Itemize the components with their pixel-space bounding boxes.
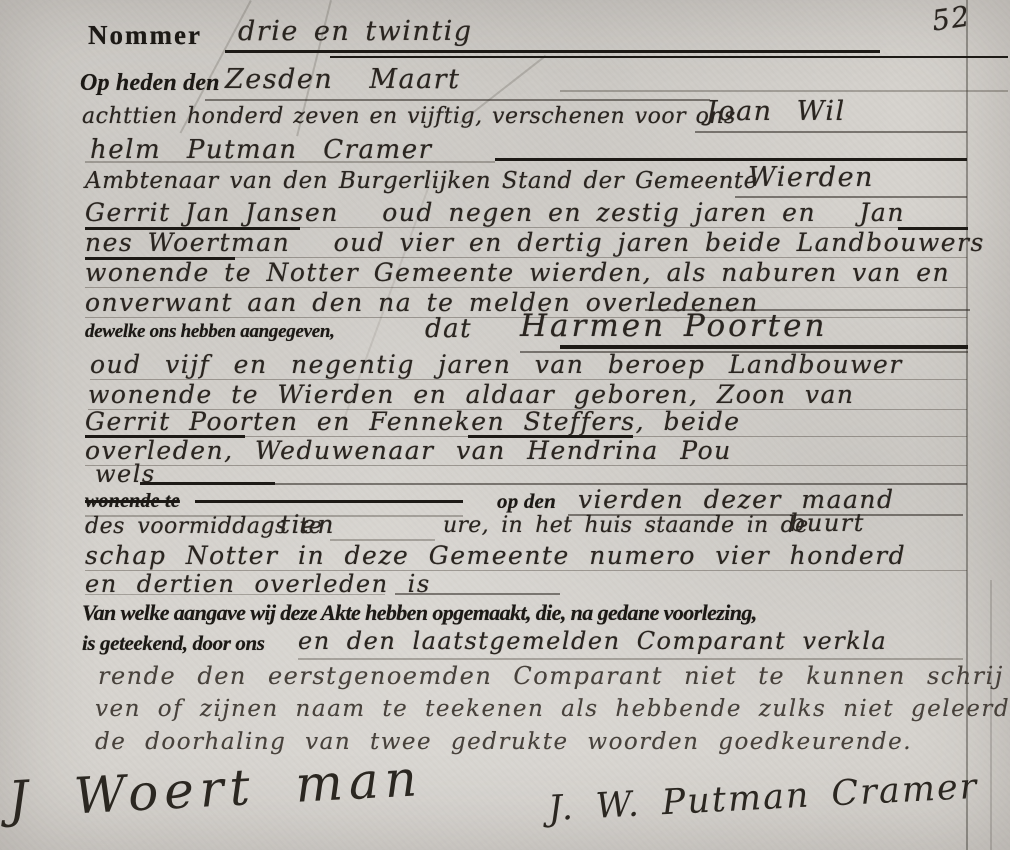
signature-woertman: J Woert man [7,749,424,829]
ink-rule [560,90,1008,92]
declarant2-line: nes Woertman oud vier en dertig jaren be… [85,228,967,258]
ink-rule [695,131,967,133]
form-label-op-den: op den [497,489,556,514]
death-hour-value: tien [280,510,335,539]
ink-rule [85,161,495,163]
ink-rule [85,594,385,595]
declarant1-line: Gerrit Jan Jansen oud negen en zestig ja… [85,198,967,228]
declarant2-age-text: oud vier en dertig jaren beide Landbouwe… [334,228,985,257]
father-name: Gerrit Poorten [85,407,298,436]
ink-rule [330,56,1008,58]
parents-tail-text: , beide [636,407,741,436]
underline-deceased [560,345,968,349]
record-number-value: drie en twintig [238,16,473,47]
struck-form-label-wonende-te: wonende te [85,490,180,513]
form-label-nommer: Nommer [88,20,202,51]
year-line-text: achttien honderd zeven en vijftig, versc… [82,104,736,129]
house-location-line: schap Notter in deze Gemeente numero vie… [85,541,967,571]
parents-line: Gerrit Poorten en Fenneken Steffers, bei… [85,407,967,437]
declarant1-age-text: oud negen en zestig jaren en [382,198,816,227]
form-label-ure-huis: ure, in het huis staande in de [443,513,809,538]
registrar-name-part1: Joan Wil [706,96,846,127]
ink-rule [395,593,560,595]
widower-line: overleden, Weduwenaar van Hendrina Pou [85,436,967,466]
declarant2-name: nes Woertman [85,228,290,257]
declarant2-firstname: Jan [859,198,905,227]
municipality-name: Wierden [748,162,874,193]
signature-putman-cramer: J. W. Putman Cramer [547,767,979,829]
word-dat: dat [425,314,472,344]
closing-clause-line2-hand: en den laatstgemelden Comparant verkla [298,627,887,655]
ink-rule [140,482,275,485]
form-label-aangegeven: dewelke ons hebben aangegeven, [85,321,335,343]
ink-rule [298,658,963,660]
deceased-age-line: oud vijf en negentig jaren van beroep La… [90,350,967,380]
deceased-name: Harmen Poorten [520,308,827,344]
declarant1-name: Gerrit Jan Jansen [85,198,339,227]
parents-connector: en [317,407,351,436]
closing-clause-line2-printed: is geteekend, door ons [82,631,265,656]
official-title-line: Ambtenaar van den Burgerlijken Stand der… [85,168,758,194]
late-wife-name: Hendrina Pou [527,436,732,465]
closing-clause-line3: rende den eerstgenoemden Comparant niet … [98,662,1004,690]
scanned-death-record-page: 52 Nommer drie en twintig Op heden den Z… [0,0,1010,850]
strike-through-rule [195,500,463,503]
closing-clause-line5: de doorhaling van twee gedrukte woorden … [95,729,912,755]
ink-rule [205,99,710,101]
mother-name: Fenneken Steffers [369,407,635,436]
form-label-op-heden-den: Op heden den [80,70,220,97]
ink-rule [495,158,967,161]
deceased-residence-line: wonende te Wierden en aldaar geboren, Zo… [88,380,967,410]
date-day-month-value: Zesden Maart [225,64,460,95]
closing-clause-line4: ven of zijnen naam te teekenen als hebbe… [95,696,1010,722]
closing-clause-line1: Van welke aangave wij deze Akte hebben o… [82,600,757,626]
folio-mark: 52 [930,0,973,38]
word-buurt: buurt [790,509,865,537]
ink-rule [225,50,880,53]
declarants-residence-line: wonende te Notter Gemeente wierden, als … [85,258,967,288]
